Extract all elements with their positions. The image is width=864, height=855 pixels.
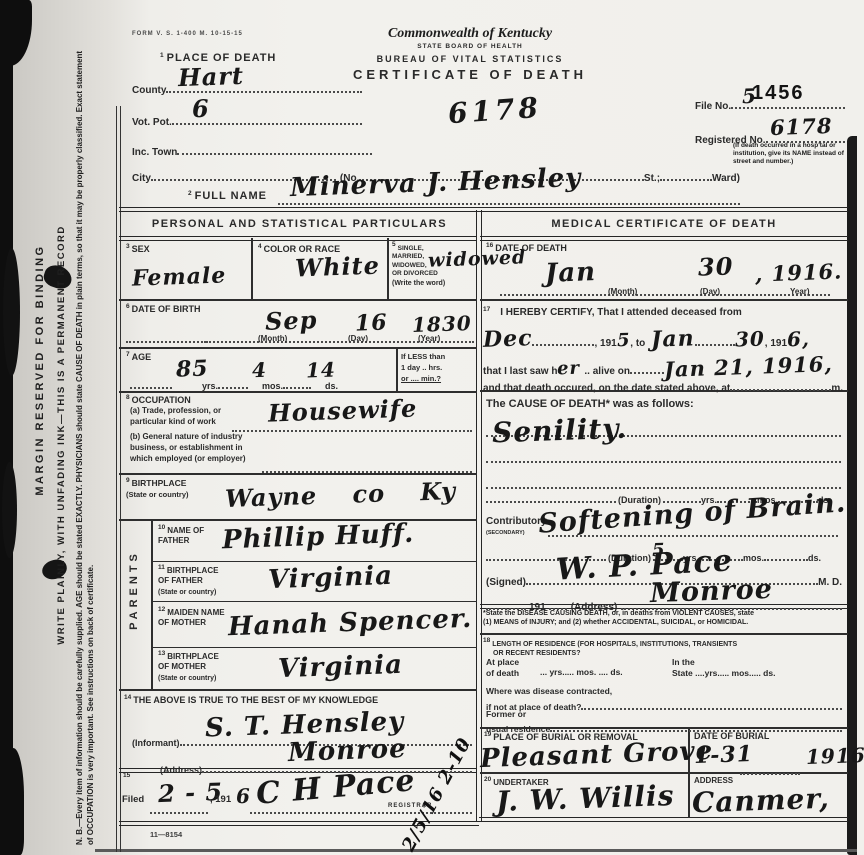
center-stamp-number: 6178 — [447, 91, 543, 130]
full-name-label: 2FULL NAME — [188, 190, 267, 202]
age-dots2 — [218, 376, 248, 389]
secondary-label: (SECONDARY) — [486, 530, 525, 536]
occupation-b-dots — [262, 460, 472, 473]
dob-dots1 — [126, 330, 206, 343]
father-birthplace-hint: (State or country) — [158, 589, 216, 596]
mother-name-value: Hanah Spencer. — [228, 604, 473, 643]
certify-occured: and that death occured, on the date stat… — [483, 383, 730, 394]
torn-edge — [0, 0, 13, 855]
column-divider — [476, 210, 482, 822]
rule — [119, 391, 477, 393]
county-label: County — [132, 85, 166, 96]
rule — [151, 520, 153, 689]
birthplace-label: 9BIRTHPLACE (State or country) — [126, 477, 189, 500]
dots — [486, 490, 616, 503]
dots — [630, 361, 664, 374]
medical-title: MEDICAL CERTIFICATE OF DEATH — [481, 218, 847, 230]
age-less-box: If LESS than 1 day .. hrs. or .... min.? — [401, 352, 445, 385]
form-number-top: FORM V. S. 1-400 M. 10-15-15 — [132, 31, 243, 37]
age-mos-unit: mos. — [262, 381, 283, 391]
rule — [119, 347, 477, 349]
margin-permanent-note: WRITE PLAINLY, WITH UNFADING INK—THIS IS… — [56, 70, 67, 800]
birthplace-value: Wayne co Ky — [225, 476, 457, 513]
mother-birthplace-label: 13BIRTHPLACE OF MOTHER (State or country… — [158, 650, 219, 683]
residence-at-units: ... yrs..... mos. .... ds. — [540, 667, 623, 677]
certify-y1: , 191 — [594, 338, 616, 349]
rule — [119, 299, 477, 301]
father-name-label: 10NAME OF FATHER — [158, 524, 204, 547]
dots — [695, 333, 735, 346]
undertaker-address-label: ADDRESS — [694, 776, 733, 785]
age-mos-value: 4 — [252, 358, 268, 383]
certificate-title: CERTIFICATE OF DEATH — [330, 67, 610, 82]
certify-line4: and that death occured, on the date stat… — [483, 378, 843, 394]
age-yrs-value: 85 — [176, 355, 210, 382]
inc-town-dots — [177, 142, 372, 155]
filed-label: Filed — [122, 794, 144, 805]
dots — [730, 378, 831, 391]
contracted-q1: Where was disease contracted, — [486, 686, 842, 696]
city-label: City — [132, 173, 151, 184]
color-race-value: White — [295, 251, 381, 283]
rule — [251, 238, 253, 299]
residence-in-state: In the State ....yrs..... mos..... ds. — [672, 657, 775, 680]
torn-edge-blob-mid2 — [2, 462, 17, 558]
rule — [480, 299, 848, 301]
residence-former-label: Former or — [486, 709, 526, 719]
informant-address-value: Monroe — [288, 734, 408, 768]
occupation-a-value: Housewife — [268, 393, 418, 427]
dod-day-unit: (Day) — [700, 287, 720, 296]
registered-no-value: 6178 — [770, 113, 833, 140]
residence-label: 18LENGTH OF RESIDENCE (FOR HOSPITALS, IN… — [483, 637, 845, 658]
occupation-label: 8OCCUPATION — [126, 394, 191, 405]
torn-edge-blob-top — [0, 0, 32, 66]
county-line: County — [132, 80, 362, 96]
duration2-mos: mos. — [743, 553, 764, 563]
rule — [152, 647, 477, 648]
file-no-label: File No. — [695, 101, 731, 112]
certify-line1: 17I HEREBY CERTIFY, That I attended dece… — [483, 306, 742, 318]
dots — [532, 333, 594, 346]
cause-dots2 — [486, 450, 841, 463]
residence-at-place: At place of death — [486, 657, 519, 680]
vot-pot-line: Vot. Pot. — [132, 112, 362, 128]
informant-address-label: (Address) — [160, 765, 202, 775]
dob-day-value: 16 — [355, 309, 389, 336]
dob-month-value: Sep — [265, 305, 318, 336]
certify-y2: , 191 — [765, 338, 787, 349]
place-of-death-num: 1 — [160, 52, 165, 59]
bottom-scan-edge — [95, 849, 857, 852]
rule — [119, 519, 477, 521]
right-title-rule — [480, 236, 848, 241]
dod-year-unit: Year) — [790, 287, 810, 296]
physician-address-value: Monroe — [649, 574, 773, 609]
filed-num: 15 — [123, 772, 130, 779]
right-col-bottom-rule — [479, 817, 848, 822]
filed-year-hw: 6 — [236, 784, 252, 809]
marital-hint: (Write the word) — [392, 280, 445, 287]
city-st-label: St.; — [644, 173, 660, 184]
residence-contracted2: if not at place of death? — [486, 697, 842, 712]
age-label: 7AGE — [126, 351, 151, 362]
certify-from-value: Dec — [483, 325, 533, 353]
age-yrs-unit: yrs. — [202, 381, 218, 391]
date-of-death-label: 16DATE OF DEATH — [486, 242, 567, 253]
rule — [396, 349, 398, 391]
residence-contracted: Where was disease contracted, — [486, 686, 842, 696]
father-name-value: Phillip Huff. — [222, 519, 415, 556]
burial-date-dots — [740, 762, 800, 775]
margin-binding-note: MARGIN RESERVED FOR BINDING — [34, 90, 46, 650]
bureau-subtitle: BUREAU OF VITAL STATISTICS — [330, 54, 610, 64]
rule — [119, 689, 477, 691]
state-board-subtitle: STATE BOARD OF HEALTH — [330, 43, 610, 50]
md-label: M. D. — [818, 577, 842, 588]
sex-value: Female — [132, 262, 227, 291]
age-dots1 — [130, 376, 172, 389]
inc-town-line: Inc. Town — [132, 142, 372, 158]
certify-to-month: Jan — [651, 325, 696, 353]
burial-date-year: 1916 — [806, 743, 864, 769]
certify-line2: Dec , 191 5 , to Jan 30 , 191 6, — [483, 326, 843, 352]
age-ds-unit: ds. — [325, 381, 338, 391]
dob-day-unit: (Day) — [348, 334, 368, 343]
rule — [152, 561, 477, 562]
dots — [764, 548, 808, 561]
death-certificate-scan: MARGIN RESERVED FOR BINDING WRITE PLAINL… — [0, 0, 864, 855]
cause-dots3 — [486, 476, 841, 489]
certify-line3: that I last saw h er .. alive on Jan 21,… — [483, 354, 843, 379]
vot-pot-value: 6 — [191, 94, 210, 124]
form-number-bottom: 11—8154 — [150, 830, 182, 839]
certify-m: m. — [831, 383, 843, 394]
certify-saw1: that I last saw h — [483, 366, 557, 377]
county-value: Hart — [178, 61, 245, 92]
undertaker-value: J. W. Willis — [495, 779, 674, 818]
rule — [152, 601, 477, 602]
informant-section-label: 14THE ABOVE IS TRUE TO THE BEST OF MY KN… — [124, 694, 378, 705]
torn-edge-blob-bottom — [0, 748, 24, 855]
city-dots3 — [660, 168, 712, 181]
duration2-ds: ds. — [808, 553, 821, 563]
certify-to-day: 30 — [735, 326, 766, 351]
father-birthplace-label: 11BIRTHPLACE OF FATHER (State or country… — [158, 564, 218, 597]
dob-year-unit: (Year) — [418, 334, 440, 343]
sex-label: 3SEX — [126, 243, 150, 254]
inc-town-label: Inc. Town — [132, 147, 177, 158]
file-no-stamp: 1456 — [752, 82, 805, 105]
burial-date-label: DATE OF BURIAL — [694, 731, 769, 741]
cause-footnote: *State the DISEASE CAUSING DEATH, or, in… — [483, 609, 845, 628]
form-left-rule — [116, 106, 121, 852]
city-ward-label: Ward) — [712, 173, 740, 184]
father-birthplace-value: Virginia — [268, 561, 394, 595]
personal-title: PERSONAL AND STATISTICAL PARTICULARS — [122, 218, 477, 230]
mother-name-label: 12MAIDEN NAME OF MOTHER — [158, 606, 225, 629]
dots — [581, 697, 842, 710]
age-ds-value: 14 — [306, 357, 337, 382]
margin-nb-note: N. B.—Every item of information should b… — [74, 45, 96, 845]
rule — [480, 633, 848, 635]
rule — [119, 473, 477, 475]
birthplace-hint: (State or country) — [126, 490, 189, 499]
cause-of-death-label: The CAUSE OF DEATH* was as follows: — [486, 398, 694, 410]
dod-month-unit: (Month) — [608, 287, 637, 296]
dod-year-value: , 1916. — [755, 258, 843, 286]
certify-y1-hw: 5 — [616, 330, 630, 351]
dod-day-value: 30 — [698, 251, 734, 281]
dob-label: 6DATE OF BIRTH — [126, 303, 200, 314]
signed-label: (Signed) — [486, 577, 526, 588]
occupation-b-label: (b) General nature of industry business,… — [130, 432, 246, 464]
rule — [387, 238, 389, 299]
undertaker-address-value: Canmer, — [691, 782, 830, 820]
full-name-num: 2 — [188, 190, 193, 197]
dob-month-unit: (Month) — [258, 334, 287, 343]
cause-value: Senility. — [491, 412, 627, 450]
occupation-a-label: (a) Trade, profession, or particular kin… — [130, 406, 221, 428]
commonwealth-title: Commonwealth of Kentucky — [330, 26, 610, 42]
certify-y2-hw: 6, — [787, 327, 811, 352]
mother-birthplace-hint: (State or country) — [158, 675, 216, 682]
mother-birthplace-value: Virginia — [278, 650, 404, 684]
dod-month-value: Jan — [544, 257, 596, 289]
certify-saw-hw: er — [557, 358, 581, 380]
certify-saw2: .. alive on — [584, 366, 630, 377]
certify-to: , to — [630, 338, 645, 349]
hospital-note: (If death occurred in a hosp'tal or inst… — [733, 142, 849, 166]
torn-edge-blob-mid1 — [3, 248, 20, 376]
table-top-rule — [119, 207, 848, 212]
informant-label: (Informant) — [132, 738, 180, 748]
vot-pot-label: Vot. Pot. — [132, 117, 172, 128]
parents-label: PARENTS — [128, 530, 140, 650]
filed-year-print: , 191 — [210, 794, 231, 805]
